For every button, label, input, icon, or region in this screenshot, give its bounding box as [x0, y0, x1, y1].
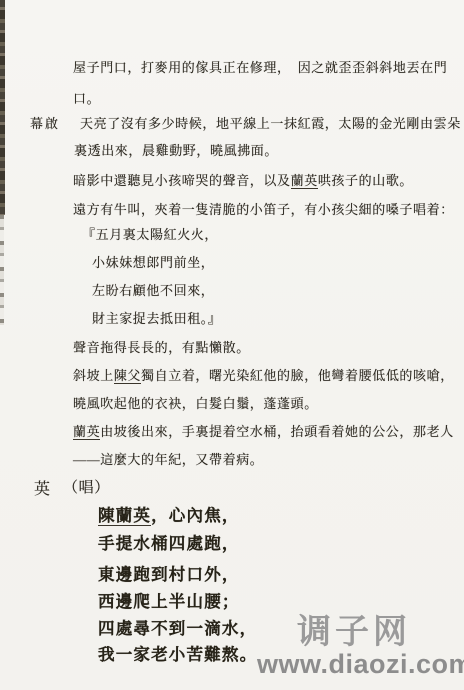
stage-direction-line: 屋子門口，打麥用的傢具正在修理， 因之就歪歪斜斜地丟在門	[73, 57, 447, 76]
line-text: 我一家老小苦難熬。	[98, 645, 257, 664]
stage-direction-line: 斜坡上陳父獨自立着，曙光染紅他的臉，他彎着腰低低的咳嗆，	[73, 365, 454, 384]
margin-label-singer: 英	[34, 476, 51, 499]
line-text: 由坡後出來，手裏提着空水桶，抬頭看着她的公公，那老人	[100, 424, 454, 439]
song-quote-line: 小妹妹想郎門前坐，	[92, 252, 214, 271]
line-text: 裏透出來，晨雞動野，曉風拂面。	[74, 143, 278, 158]
line-text: 獨自立着，曙光染紅他的臉，他彎着腰低低的咳嗆，	[141, 368, 454, 383]
song-quote-line: 『五月裏太陽紅火火，	[82, 224, 218, 243]
stage-direction-line: 天亮了沒有多少時候，地平線上一抹紅霞，太陽的金光剛由雲朵	[80, 113, 461, 132]
sing-cue: （唱）	[63, 476, 110, 497]
book-spine-shadow-fade	[0, 215, 4, 325]
line-text: 哄孩子的山歌。	[318, 173, 413, 188]
verse-line: 我一家老小苦難熬。	[98, 641, 257, 665]
stage-direction-line: 曉風吹起他的衣袂，白髮白鬚，蓬蓬頭。	[73, 393, 318, 412]
watermark-site-name: 调子网	[297, 615, 411, 649]
line-text: 遠方有牛叫，夾着一隻清脆的小笛子，有小孩尖細的嗓子唱着：	[73, 202, 454, 217]
line-text: 屋子門口，打麥用的傢具正在修理， 因之就歪歪斜斜地丟在門	[73, 60, 447, 75]
watermark-site-url: www.diaozi.com	[257, 651, 464, 678]
stage-direction-line: 裏透出來，晨雞動野，曉風拂面。	[74, 140, 278, 159]
proper-noun-underline: 蘭英	[73, 424, 100, 440]
proper-noun-underline: 陳父	[114, 368, 141, 384]
line-text: 暗影中還聽見小孩啼哭的聲音，以及	[73, 173, 291, 188]
verse-line: 西邊爬上半山腰；	[98, 588, 240, 612]
stage-direction-line: 蘭英由坡後出來，手裏提着空水桶，抬頭看着她的公公，那老人	[73, 421, 454, 440]
proper-noun-underline: 陳蘭英	[98, 506, 151, 526]
line-text: 曉風吹起他的衣袂，白髮白鬚，蓬蓬頭。	[73, 396, 318, 411]
line-text: 財主家捉去抵田租。』	[92, 311, 222, 326]
watermark-name-text: 调子网	[297, 613, 411, 651]
song-quote-line: 財主家捉去抵田租。』	[92, 308, 222, 327]
verse-line: 手提水桶四處跑，	[98, 530, 240, 554]
verse-line: 四處尋不到一滴水，	[98, 615, 257, 639]
line-text: ——這麼大的年紀，又帶着病。	[73, 452, 263, 467]
stage-direction-line: 聲音拖得長長的，有點懶散。	[73, 337, 250, 356]
verse-line: 東邊跑到村口外，	[98, 561, 240, 585]
stage-direction-line: 遠方有牛叫，夾着一隻清脆的小笛子，有小孩尖細的嗓子唱着：	[73, 199, 454, 218]
stage-direction-line: 暗影中還聽見小孩啼哭的聲音，以及蘭英哄孩子的山歌。	[73, 170, 413, 189]
curtain-cue-text: 幕啟	[30, 116, 60, 131]
margin-label-curtain: 幕啟	[30, 113, 60, 132]
line-text: 斜坡上	[73, 368, 114, 383]
scanned-page: 屋子門口，打麥用的傢具正在修理， 因之就歪歪斜斜地丟在門 口。 幕啟 天亮了沒有…	[0, 0, 464, 690]
line-text: 西邊爬上半山腰；	[98, 592, 240, 611]
line-text: 天亮了沒有多少時候，地平線上一抹紅霞，太陽的金光剛由雲朵	[80, 116, 461, 131]
stage-direction-line: ——這麼大的年紀，又帶着病。	[73, 449, 263, 468]
line-text: 『五月裏太陽紅火火，	[82, 227, 218, 242]
sing-cue-text: （唱）	[63, 480, 110, 496]
book-spine-shadow	[0, 0, 5, 215]
stage-direction-line: 口。	[73, 88, 100, 107]
line-text: 手提水桶四處跑，	[98, 534, 240, 553]
line-text: 左盼右顧他不回來，	[92, 283, 214, 298]
line-text: ，心內焦，	[151, 506, 240, 525]
song-quote-line: 左盼右顧他不回來，	[92, 280, 214, 299]
line-text: 口。	[73, 91, 100, 106]
line-text: 聲音拖得長長的，有點懶散。	[73, 340, 250, 355]
line-text: 四處尋不到一滴水，	[98, 619, 257, 638]
verse-line: 陳蘭英，心內焦，	[98, 502, 240, 526]
proper-noun-underline: 蘭英	[291, 173, 318, 189]
singer-name-text: 英	[34, 481, 51, 498]
line-text: 東邊跑到村口外，	[98, 565, 240, 584]
line-text: 小妹妹想郎門前坐，	[92, 255, 214, 270]
watermark-url-text: www.diaozi.com	[257, 649, 464, 679]
